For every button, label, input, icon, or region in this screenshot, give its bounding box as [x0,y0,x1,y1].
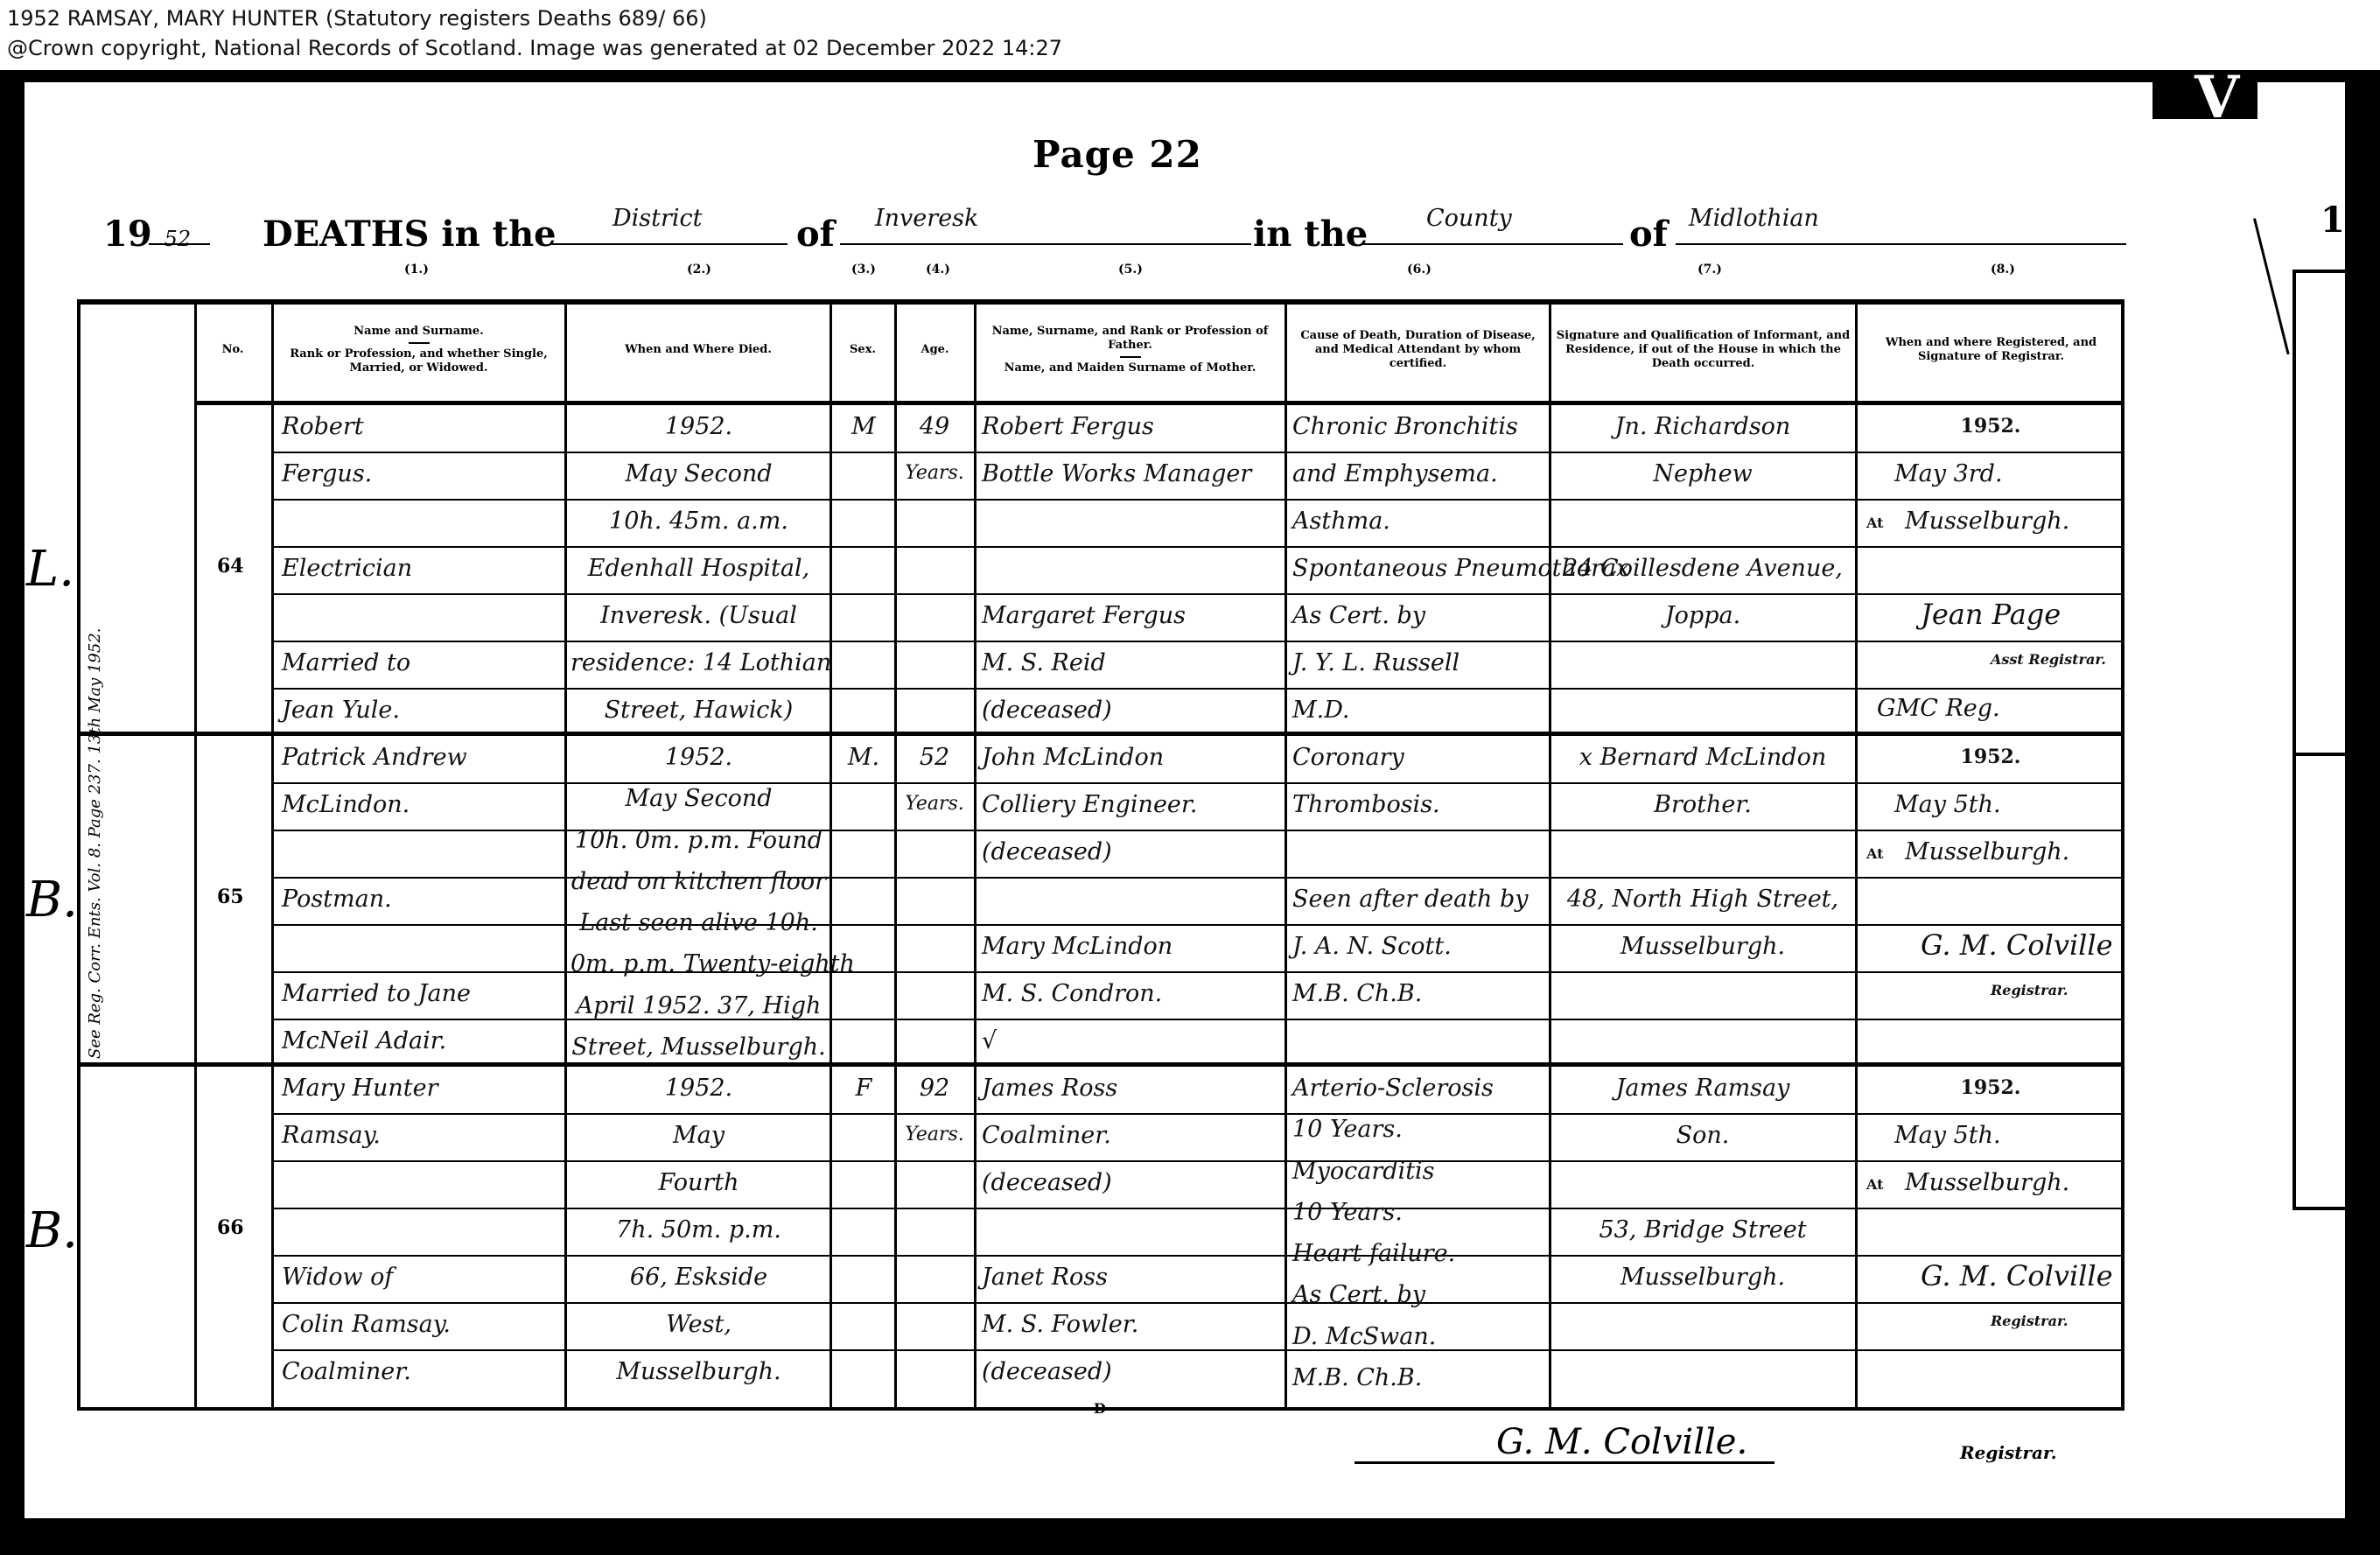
ruled-line [1549,1208,1855,1209]
col-divider [194,299,197,1411]
ruled-line [974,1208,1284,1209]
ruled-line [1855,1208,2124,1209]
header-name: Name and Surname.Rank or Profession, and… [273,306,564,394]
cause-line: Thrombosis. [1292,793,1440,816]
sex-value: M. [833,746,894,769]
when-where-line: 66, Eskside [570,1265,827,1289]
registration-place: Musselburgh. [1905,509,2069,533]
informant-line: 48, North High Street, [1553,887,1852,911]
ruled-line [564,1255,829,1257]
deceased-name-line: Fergus. [282,462,372,486]
scan-border-left [0,70,24,1555]
cause-line: Heart failure. [1292,1242,1455,1265]
deceased-name-line: Jean Yule. [282,698,400,722]
ruled-line [829,877,894,879]
ruled-line [974,1302,1284,1304]
informant-line: Jn. Richardson [1553,415,1852,438]
cause-line: Myocarditis [1292,1159,1435,1183]
ruled-line [894,688,974,690]
ruled-line [1284,546,1549,548]
registration-place: Musselburgh. [1905,840,2069,864]
ruled-line [894,1160,974,1162]
ruled-line [894,1208,974,1209]
ruled-line [271,877,564,879]
ruled-line [564,641,829,642]
when-where-line: 1952. [570,415,827,438]
ruled-line [894,1349,974,1351]
ruled-line [1549,452,1855,453]
entry-number: 66 [217,1216,244,1239]
sex-value: M [833,415,894,438]
ruled-line [271,1019,564,1020]
ruled-line [1855,1113,2124,1115]
ruled-line [829,1208,894,1209]
ruled-line [1855,782,2124,784]
header-no: No. [194,306,271,394]
ruled-line [829,688,894,690]
ruled-line [1284,593,1549,595]
parents-line: Margaret Fergus [982,604,1186,627]
ruled-line [894,924,974,926]
registrar-signature: Jean Page [1921,600,2061,628]
ruled-line [564,546,829,548]
deceased-name-line: Patrick Andrew [282,746,467,769]
ruled-line [829,1302,894,1304]
district-name: Inveresk [875,207,978,230]
ruled-line [974,546,1284,548]
ruled-line [829,499,894,501]
parents-line: (deceased) [982,840,1112,864]
col-divider [894,299,897,1411]
ruled-line [271,830,564,831]
county-name: Midlothian [1689,207,1819,230]
header-informant: Signature and Qualification of Informant… [1551,306,1855,394]
ruled-line [829,593,894,595]
ruled-line [829,641,894,642]
ruled-line [564,593,829,595]
of-label-2: of [1629,214,1668,255]
deceased-name-line: McNeil Adair. [282,1029,446,1053]
deceased-name-line: Married to Jane [282,982,471,1005]
page-number: Page 22 [1032,133,1202,176]
informant-line: Brother. [1553,793,1852,816]
ruled-line [974,688,1284,690]
of-label-1: of [796,214,835,255]
ruled-line [1549,830,1855,831]
registrar-title: Asst Registrar. [1991,653,2106,667]
ruled-line [1284,452,1549,453]
margin-mark: L. [26,541,74,598]
ruled-line [1855,452,2124,453]
footer-mark: D [1094,1400,1106,1417]
ruled-line [894,546,974,548]
scan-border-bottom [0,1518,2380,1555]
when-where-line: May Second [570,462,827,486]
cause-line: Seen after death by [1292,887,1529,911]
col-divider [271,299,274,1411]
year-prefix: 19 [103,214,152,255]
ruled-line [1549,1302,1855,1304]
ruled-line [829,1019,894,1020]
ruled-line [1284,499,1549,501]
ruled-line [974,877,1284,879]
parents-line: Mary McLindon [982,935,1172,958]
entry-divider [77,1062,2124,1067]
ruled-line [1855,593,2124,595]
informant-line: 24 Coillesdene Avenue, [1553,557,1852,580]
registration-year: 1952. [1859,417,2122,436]
ruled-line [1855,688,2124,690]
ruled-line [974,971,1284,973]
registration-date: May 5th. [1894,1124,2001,1147]
year-suffix: 52 [164,227,192,251]
ruled-line [894,971,974,973]
ruled-line [829,924,894,926]
when-where-line: Street, Hawick) [570,698,827,722]
col-divider [1549,299,1551,1411]
informant-line: Son. [1553,1124,1852,1147]
copyright-notice: @Crown copyright, National Records of Sc… [7,35,1062,61]
informant-line: Musselburgh. [1553,1265,1852,1289]
when-where-line: 1952. [570,1076,827,1100]
ruled-line [974,1349,1284,1351]
ruled-line [1855,877,2124,879]
pen-stroke [2253,218,2290,354]
register-year: 19 52 [103,214,191,266]
col-number-8: (8.) [1991,263,2015,277]
header-when-where: When and Where Died. [567,306,829,394]
informant-line: Musselburgh. [1553,935,1852,958]
header-age: Age. [896,306,974,394]
ruled-line [271,971,564,973]
ruled-line [1855,641,2124,642]
ruled-line [1549,1255,1855,1257]
ruled-line [974,1113,1284,1115]
ruled-line [1284,971,1549,973]
next-page-fragment: 1 [2320,200,2345,241]
ruled-line [974,830,1284,831]
deceased-name-line: Widow of [282,1265,393,1289]
ruled-line [271,1255,564,1257]
when-where-line: 10h. 45m. a.m. [570,509,827,533]
informant-line: Nephew [1553,462,1852,486]
ruled-line [271,452,564,453]
ruled-line [1549,877,1855,879]
deceased-name-line: Postman. [282,887,392,911]
deceased-name-line: Colin Ramsay. [282,1313,451,1336]
col-number-3: (3.) [851,263,876,277]
parents-line: (deceased) [982,1171,1112,1194]
ruled-line [894,830,974,831]
header-sex: Sex. [831,306,894,394]
parents-line: M. S. Reid [982,651,1106,675]
ruled-line [1855,1302,2124,1304]
ruled-line [829,452,894,453]
margin-correction-note: See Reg. Corr. Ents. Vol. 8. Page 237. 1… [84,627,107,1059]
parents-line: John McLindon [982,746,1164,769]
deceased-name-line: Robert [282,415,364,438]
ruled-line [894,782,974,784]
county-type: County [1426,207,1512,230]
ruled-line [1284,1019,1549,1020]
footer-registrar-title: Registrar. [1960,1442,2057,1463]
deceased-name-line: Coalminer. [282,1360,411,1383]
when-where-line: 0m. p.m. Twenty-eighth [570,952,827,976]
ruled-line [894,877,974,879]
cause-line: Chronic Bronchitis [1292,415,1518,438]
when-where-line: dead on kitchen floor [570,870,827,893]
parents-line: M. S. Condron. [982,982,1162,1005]
age-unit: Years. [898,795,971,814]
deceased-name-line: Electrician [282,557,412,580]
ruled-line [894,593,974,595]
informant-line: Joppa. [1553,604,1852,627]
ruled-line [271,593,564,595]
when-where-line: 10h. 0m. p.m. Found [570,829,827,852]
ruled-line [829,830,894,831]
age-unit: Years. [898,464,971,483]
header-cause: Cause of Death, Duration of Disease, and… [1287,306,1549,394]
ruled-line [271,782,564,784]
ruled-line [1284,688,1549,690]
ruled-line [974,593,1284,595]
ruled-line [1284,924,1549,926]
col-number-5: (5.) [1118,263,1143,277]
cause-line: Arterio-Sclerosis [1292,1076,1494,1100]
when-where-line: Musselburgh. [570,1360,827,1383]
col-number-2: (2.) [687,263,711,277]
ruled-line [894,1113,974,1115]
registration-at-label: At [1866,847,1884,861]
district-name-line [840,243,1251,245]
cause-line: and Emphysema. [1292,462,1498,486]
registration-date: May 3rd. [1894,462,2003,486]
ruled-line [1284,1113,1549,1115]
ruled-line [564,1302,829,1304]
cause-line: M.B. Ch.B. [1292,982,1422,1005]
cause-line: As Cert. by [1292,604,1425,627]
ruled-line [974,1255,1284,1257]
ruled-line [1549,688,1855,690]
ruled-line [974,452,1284,453]
header-registered: When and where Registered, and Signature… [1858,306,2124,394]
district-type: District [612,207,703,230]
ruled-line [1549,1349,1855,1351]
ruled-line [1855,1019,2124,1020]
ruled-line [564,1208,829,1209]
ruled-line [564,1113,829,1115]
ruled-line [1549,641,1855,642]
ruled-line [271,1160,564,1162]
ruled-line [1549,924,1855,926]
ruled-line [1549,971,1855,973]
col-number-7: (7.) [1697,263,1722,277]
when-where-line: 7h. 50m. p.m. [570,1218,827,1242]
deceased-name-line: Ramsay. [282,1124,381,1147]
cause-line: Asthma. [1292,509,1390,533]
ruled-line [1549,546,1855,548]
when-where-line: residence: 14 Lothian [570,651,827,675]
deceased-name-line: McLindon. [282,793,409,816]
registrar-title: Registrar. [1991,1314,2068,1328]
ruled-line [271,1208,564,1209]
county-name-line [1676,243,2126,245]
ruled-line [564,452,829,453]
cause-line: M.B. Ch.B. [1292,1366,1422,1390]
ruled-line [1855,971,2124,973]
ruled-line [564,782,829,784]
cause-line: As Cert. by [1292,1283,1425,1306]
parents-line: Colliery Engineer. [982,793,1197,816]
ruled-line [974,499,1284,501]
ruled-line [974,924,1284,926]
informant-line: James Ramsay [1553,1076,1852,1100]
ruled-line [894,1255,974,1257]
ruled-line [974,1160,1284,1162]
ruled-line [271,1302,564,1304]
ruled-line [1549,1113,1855,1115]
parents-line: (deceased) [982,698,1112,722]
ruled-line [1549,1019,1855,1020]
age-value: 49 [898,415,971,438]
ruled-line [829,782,894,784]
age-value: 52 [898,746,971,769]
ruled-line [1549,1160,1855,1162]
ruled-line [1549,782,1855,784]
header-divider [194,401,2124,405]
when-where-line: Inveresk. (Usual [570,604,827,627]
col-divider [829,299,832,1411]
registration-at-label: At [1866,1178,1884,1192]
ruled-line [1284,830,1549,831]
county-type-line [1361,243,1623,245]
when-where-line: April 1952. 37, High [570,994,827,1018]
parents-line: √ [982,1029,997,1053]
ruled-line [564,1349,829,1351]
corner-mark-letter: V [2194,63,2239,131]
parents-line: Janet Ross [982,1265,1108,1289]
cause-line: J. Y. L. Russell [1292,651,1459,675]
ruled-line [894,1302,974,1304]
age-value: 92 [898,1076,971,1100]
sex-value: F [833,1076,894,1100]
when-where-line: 1952. [570,746,827,769]
ruled-line [829,1255,894,1257]
deceased-name-line: Mary Hunter [282,1076,438,1100]
scan-border-right [2345,70,2380,1555]
when-where-line: Edenhall Hospital, [570,557,827,580]
ruled-line [829,546,894,548]
col-divider [564,299,567,1411]
margin-mark: B. [26,1202,78,1259]
ruled-line [974,641,1284,642]
ruled-line [894,499,974,501]
col-number-4: (4.) [926,263,950,277]
next-page-divider [2292,753,2345,756]
ruled-line [1855,546,2124,548]
header-parents: Name, Surname, and Rank or Profession of… [976,306,1284,394]
col-number-6: (6.) [1407,263,1431,277]
ruled-line [271,688,564,690]
parents-line: Bottle Works Manager [982,462,1251,486]
ruled-line [1855,1255,2124,1257]
deceased-name-line: Married to [282,651,410,675]
registration-at-label: At [1866,516,1884,530]
ruled-line [271,546,564,548]
informant-line: x Bernard McLindon [1553,746,1852,769]
registration-note: GMC Reg. [1877,697,2000,720]
ruled-line [1284,782,1549,784]
ruled-line [1855,1160,2124,1162]
ruled-line [1855,1349,2124,1351]
next-page-table-edge [2292,270,2345,1210]
col-divider [974,299,976,1411]
when-where-line: Last seen alive 10h. [570,911,827,935]
registration-date: May 5th. [1894,793,2001,816]
ruled-line [564,499,829,501]
parents-line: Robert Fergus [982,415,1154,438]
record-title: 1952 RAMSAY, MARY HUNTER (Statutory regi… [7,5,707,32]
ruled-line [829,1160,894,1162]
ruled-line [974,782,1284,784]
ruled-line [564,688,829,690]
ruled-line [1549,499,1855,501]
cause-line: J. A. N. Scott. [1292,935,1452,958]
ruled-line [829,1349,894,1351]
when-where-line: Fourth [570,1171,827,1194]
ruled-line [271,924,564,926]
col-number-1: (1.) [404,263,429,277]
ruled-line [1855,830,2124,831]
ruled-line [564,1160,829,1162]
entry-divider [77,732,2124,736]
parents-line: (deceased) [982,1360,1112,1383]
ruled-line [894,1019,974,1020]
ruled-line [271,1349,564,1351]
parents-line: James Ross [982,1076,1117,1100]
informant-line: 53, Bridge Street [1553,1218,1852,1242]
entry-number: 65 [217,886,244,908]
registrar-title: Registrar. [1991,984,2068,998]
when-where-line: May [570,1124,827,1147]
registration-place: Musselburgh. [1905,1171,2069,1194]
ruled-line [1855,924,2124,926]
ruled-line [1855,499,2124,501]
registrar-signature: G. M. Colville [1921,931,2113,959]
age-unit: Years. [898,1125,971,1145]
cause-line: Coronary [1292,746,1404,769]
cause-line: 10 Years. [1292,1117,1403,1141]
ruled-line [271,499,564,501]
registration-year: 1952. [1859,747,2122,767]
margin-mark: B. [26,872,78,928]
footer-registrar-signature: G. M. Colville. [1496,1422,1747,1462]
cause-line: 10 Years. [1292,1201,1403,1224]
cause-line: M.D. [1292,698,1350,722]
year-underline [149,243,210,245]
corner-mark: V [2152,70,2257,119]
ruled-line [894,641,974,642]
ruled-line [271,1113,564,1115]
entry-number: 64 [217,555,244,578]
parents-line: M. S. Fowler. [982,1313,1138,1336]
ruled-line [894,452,974,453]
parents-line: Coalminer. [982,1124,1111,1147]
ruled-line [1549,593,1855,595]
district-type-line [551,243,787,245]
scan-border-top [0,70,2380,82]
registrar-signature: G. M. Colville [1921,1262,2113,1290]
